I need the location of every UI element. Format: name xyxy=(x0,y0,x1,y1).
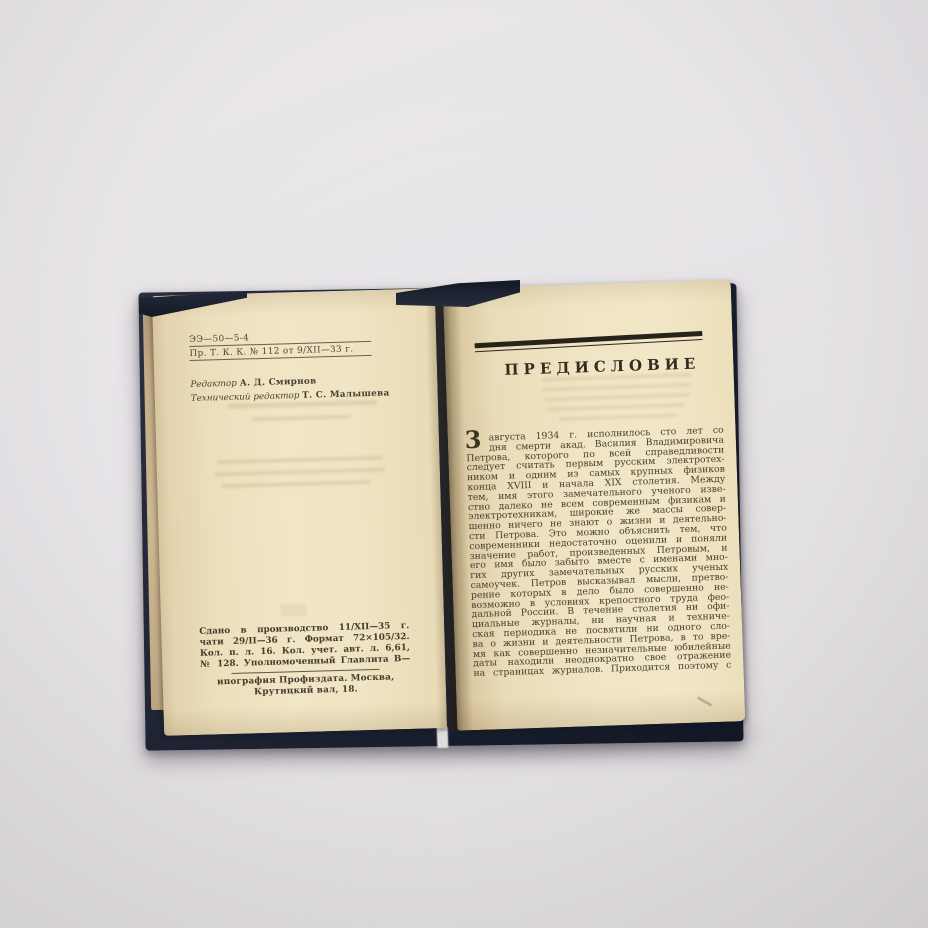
catalog-number-block: ЭЭ—50—5-4 Пр. Т. К. К. № 112 от 9/XII—33… xyxy=(189,330,372,363)
bleed-through-ghost xyxy=(542,383,692,392)
bleed-through-ghost xyxy=(215,468,385,477)
preface-paragraph: августа 1934 г. исполнилось сто лет со д… xyxy=(466,426,732,679)
bleed-through-ghost xyxy=(559,413,677,421)
colophon: Сдано в производство 11/XII—35 г. Подпис… xyxy=(199,621,411,700)
bleed-through-ghost xyxy=(547,403,685,412)
printer-line: ипография Профиздата. Москва, Крутицкий … xyxy=(201,672,412,700)
bleed-through-ghost xyxy=(544,393,690,402)
bleed-through-ghost xyxy=(281,604,307,617)
bleed-through-ghost xyxy=(221,480,371,488)
editor-role: Редактор xyxy=(190,379,237,390)
heading-rule xyxy=(475,331,703,352)
left-page: ЭЭ—50—5-4 Пр. Т. К. К. № 112 от 9/XII—33… xyxy=(152,288,447,736)
book-photo: ЭЭ—50—5-4 Пр. Т. К. К. № 112 от 9/XII—33… xyxy=(0,0,928,928)
editor-name: А. Д. Смирнов xyxy=(240,376,317,388)
cover-gap-highlight xyxy=(437,727,449,748)
tech-editor-name: Т. С. Малышева xyxy=(302,388,390,400)
bleed-through-ghost xyxy=(217,456,383,465)
right-page: ПРЕДИСЛОВИЕ 3 августа 1934 г. исполнилос… xyxy=(443,279,745,730)
catalog-line: Пр. Т. К. К. № 112 от 9/XII—33 г. xyxy=(189,344,371,361)
pencil-smudge xyxy=(697,697,712,707)
bleed-through-ghost xyxy=(251,415,351,422)
